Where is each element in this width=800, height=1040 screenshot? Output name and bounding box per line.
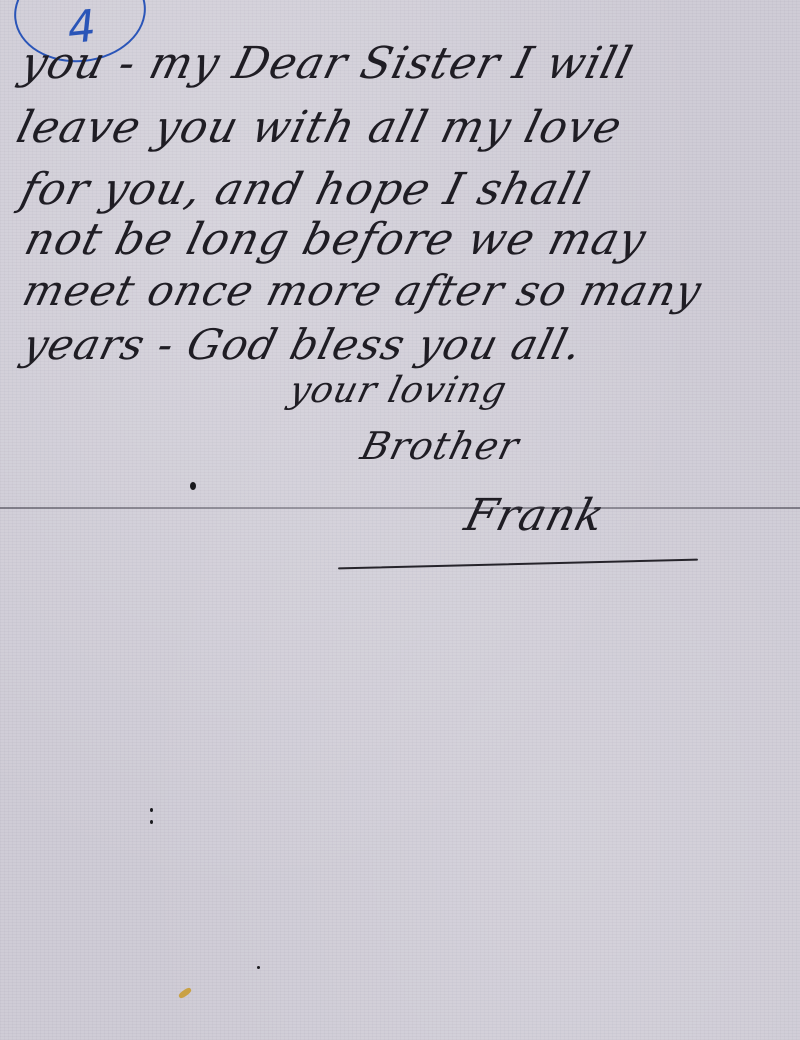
letter-line: meet once more after so many [18,266,707,315]
valediction: your loving [285,370,511,411]
ink-speck [190,482,196,490]
letter-line: for you, and hope I shall [16,164,596,215]
relation: Brother [357,424,524,468]
letter-line: you - my Dear Sister I will [16,38,638,89]
ink-speck [150,820,153,824]
ink-speck [257,966,260,969]
signature: Frank [460,490,611,541]
paper-fold-line [0,507,800,509]
signature-underline [338,559,698,570]
ink-speck [150,808,153,812]
letter-line: years - God bless you all. [18,320,588,369]
paper-stain [178,987,193,1000]
letter-line: not be long before we may [20,214,652,265]
letter-line: leave you with all my love [12,102,628,153]
